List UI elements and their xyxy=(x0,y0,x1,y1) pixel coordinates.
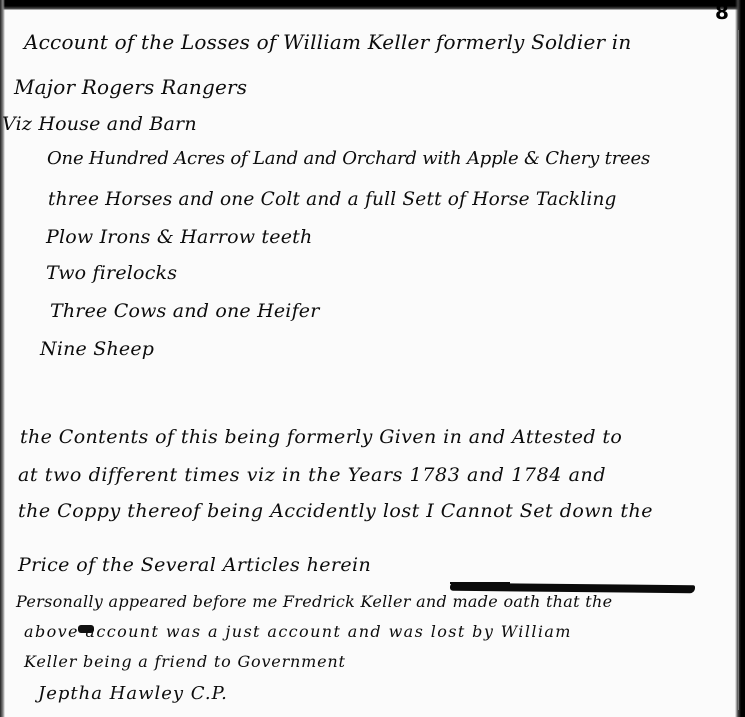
scan-top-border xyxy=(0,0,745,10)
item-line: Two firelocks xyxy=(46,262,177,284)
page-number: 8 xyxy=(715,0,729,24)
item-line: three Horses and one Colt and a full Set… xyxy=(48,189,617,210)
affidavit-line: above account was a just account and was… xyxy=(24,622,572,641)
affidavit-line: Personally appeared before me Fredrick K… xyxy=(16,592,612,611)
item-line: Nine Sheep xyxy=(40,338,154,360)
statement-line: at two different times viz in the Years … xyxy=(18,464,606,486)
item-line: Three Cows and one Heifer xyxy=(50,300,320,322)
document-page: 8 Account of the Losses of William Kelle… xyxy=(0,0,745,717)
item-line: One Hundred Acres of Land and Orchard wi… xyxy=(47,148,650,169)
items-intro: Viz House and Barn xyxy=(2,113,197,135)
item-line: Plow Irons & Harrow teeth xyxy=(46,226,312,248)
signature: Jeptha Hawley C.P. xyxy=(38,683,228,704)
heading-line-2: Major Rogers Rangers xyxy=(14,75,247,99)
statement-line: the Contents of this being formerly Give… xyxy=(20,426,622,448)
scan-right-border xyxy=(735,0,745,717)
page-edge-line xyxy=(738,30,739,710)
heading-line-1: Account of the Losses of William Keller … xyxy=(24,30,631,54)
affidavit-line: Keller being a friend to Government xyxy=(24,652,346,671)
statement-line: the Coppy thereof being Accidently lost … xyxy=(18,500,653,522)
scan-left-border xyxy=(0,0,5,717)
statement-line: Price of the Several Articles herein xyxy=(18,554,371,576)
